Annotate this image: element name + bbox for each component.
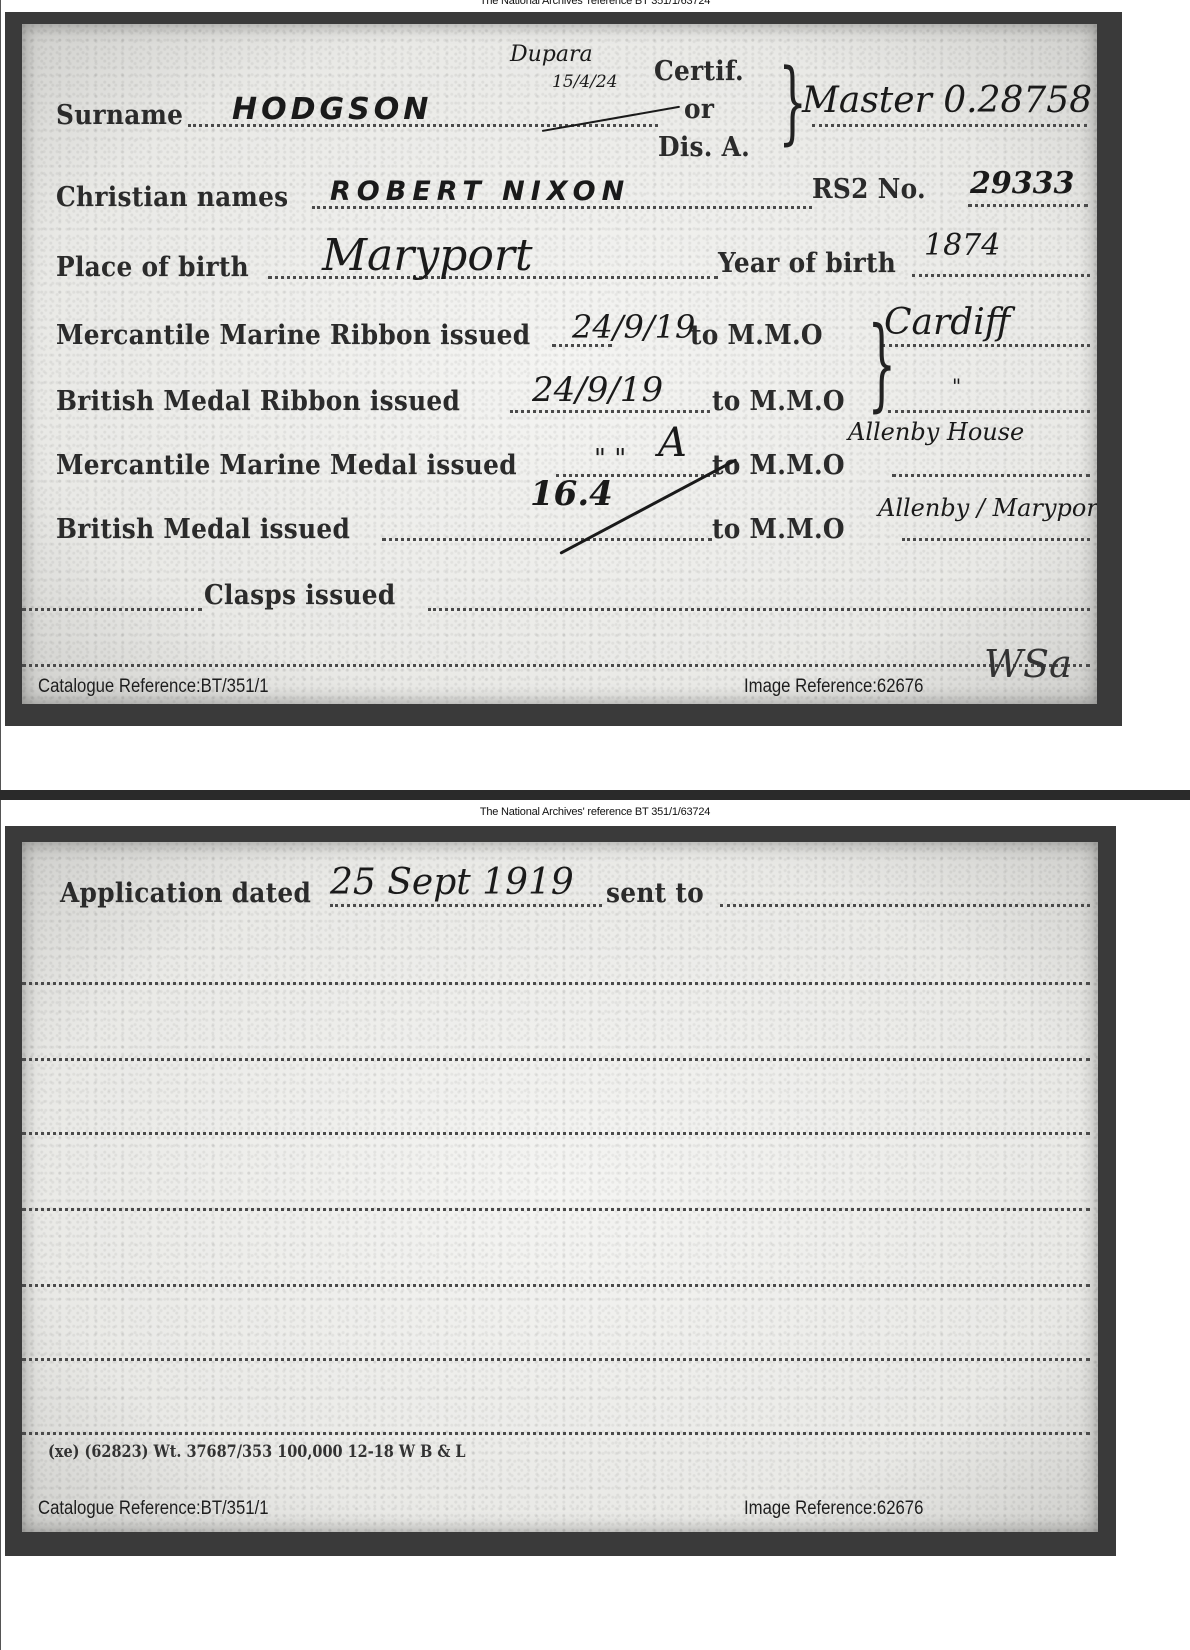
mm-ribbon-mmo-value: Cardiff (884, 302, 1010, 343)
year-of-birth-value: 1874 (924, 228, 1000, 263)
mm-medal-to-mmo-label: to M.M.O (712, 450, 845, 481)
mm-ribbon-to-mmo-label: to M.M.O (690, 320, 823, 351)
mm-ribbon-label: Mercantile Marine Ribbon issued (56, 320, 530, 351)
blank-dotted-line-2 (22, 1058, 1090, 1061)
year-of-birth-label: Year of birth (718, 248, 896, 279)
dis-a-label: Dis. A. (658, 132, 750, 163)
clasps-dotted-line (428, 608, 1090, 611)
bm-ribbon-to-mmo-label: to M.M.O (712, 386, 845, 417)
bm-ribbon-dotted-line (510, 410, 710, 413)
mm-medal-mmo-dotted-line (892, 474, 1090, 477)
clasps-label: Clasps issued (204, 580, 396, 611)
place-of-birth-value: Maryport (322, 230, 533, 281)
blank-dotted-line-5 (22, 1284, 1090, 1287)
mm-medal-annotation: A (658, 420, 687, 466)
blank-dotted-line-3 (22, 1132, 1090, 1135)
blank-dotted-line-1 (22, 982, 1090, 985)
place-of-birth-label: Place of birth (56, 252, 249, 283)
bm-ribbon-mmo-value: " (952, 374, 961, 398)
rs2-label: RS2 No. (812, 174, 926, 205)
back-image-reference: Image Reference:62676 (744, 1498, 923, 1520)
mm-medal-mmo-value: Allenby House (848, 418, 1024, 446)
blank-dotted-line-6 (22, 1358, 1090, 1361)
application-dated-label: Application dated (60, 878, 311, 909)
initials-signature: WSa (984, 642, 1072, 686)
clasps-leading-dotted-line (22, 608, 202, 611)
front-image-reference: Image Reference:62676 (744, 676, 923, 698)
certif-value: Master 0.28758 (802, 80, 1092, 121)
certif-dotted-line (812, 124, 1087, 127)
british-medal-dotted-line (382, 538, 712, 541)
back-card: Application dated 25 Sept 1919 sent to (… (22, 842, 1098, 1532)
application-date-value: 25 Sept 1919 (330, 862, 574, 903)
front-card-bottom-dotted-line (22, 664, 1090, 667)
surname-annotation-date: 15/4/24 (552, 72, 618, 92)
archive-reference-label-bottom: The National Archives' reference BT 351/… (0, 806, 1190, 818)
mm-ribbon-date: 24/9/19 (572, 308, 695, 346)
surname-strike-line (542, 106, 680, 132)
british-medal-mmo-dotted-line (902, 538, 1090, 541)
sent-to-label: sent to (606, 878, 704, 909)
mmo-brace: } (867, 314, 896, 414)
british-medal-date: 16.4 (530, 474, 613, 514)
printer-imprint: (xe) (62823) Wt. 37687/353 100,000 12-18… (48, 1442, 466, 1462)
blank-dotted-line-4 (22, 1208, 1090, 1211)
sent-to-dotted-line (720, 904, 1090, 907)
rs2-value: 29333 (970, 166, 1074, 201)
bm-ribbon-mmo-dotted-line (888, 410, 1090, 413)
surname-annotation-top: Dupara (510, 42, 593, 67)
page-frame-top (0, 0, 1, 790)
mm-medal-date: " " (594, 444, 626, 474)
mm-medal-label: Mercantile Marine Medal issued (56, 450, 517, 481)
christian-names-label: Christian names (56, 182, 288, 213)
british-medal-mmo-value: Allenby / Maryport (878, 494, 1097, 522)
christian-names-value: ROBERT NIXON (330, 176, 630, 207)
year-of-birth-dotted-line (912, 274, 1090, 277)
certif-label: Certif. (654, 56, 744, 87)
back-catalogue-reference: Catalogue Reference:BT/351/1 (38, 1498, 269, 1520)
archive-reference-label-top: The National Archives' reference BT 351/… (0, 0, 1190, 7)
mm-ribbon-mmo-dotted-line (882, 344, 1090, 347)
front-card: Surname HODGSON Dupara 15/4/24 Certif. o… (22, 24, 1097, 704)
british-medal-to-mmo-label: to M.M.O (712, 514, 845, 545)
british-medal-label: British Medal issued (56, 514, 350, 545)
front-catalogue-reference: Catalogue Reference:BT/351/1 (38, 676, 269, 698)
surname-label: Surname (56, 100, 183, 131)
bm-ribbon-date: 24/9/19 (532, 370, 663, 410)
application-date-dotted-line (330, 904, 602, 907)
page-frame-bottom (0, 800, 1, 1650)
certif-or-label: or (684, 94, 714, 125)
bm-ribbon-label: British Medal Ribbon issued (56, 386, 460, 417)
blank-dotted-line-7 (22, 1432, 1090, 1435)
page-separator (0, 790, 1190, 800)
rs2-dotted-line (968, 204, 1088, 207)
surname-value: HODGSON (232, 92, 432, 127)
